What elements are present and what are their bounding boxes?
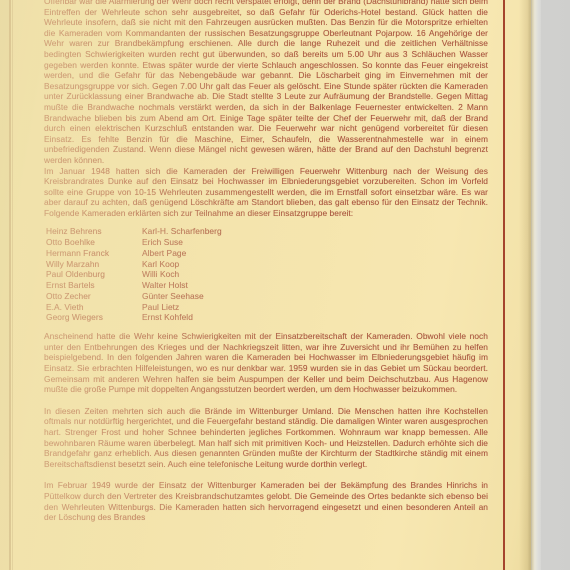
right-rule-line (503, 0, 505, 570)
roster-name: Willi Koch (142, 269, 488, 280)
roster-row: Willy Marzahn Karl Koop (46, 259, 488, 270)
roster-name: Karl-H. Scharfenberg (142, 226, 488, 237)
paragraph-january-1948: Im Januar 1948 hatten sich die Kameraden… (44, 166, 488, 219)
scanned-page: Offenbar war die Alarmierung der Wehr do… (0, 0, 570, 570)
roster-name: Hermann Franck (46, 248, 142, 259)
paragraph-winter-fires: In diesen Zeiten mehrten sich auch die B… (44, 406, 488, 470)
roster-name: Ernst Bartels (46, 280, 142, 291)
roster-row: Heinz Behrens Karl-H. Scharfenberg (46, 226, 488, 237)
paper-sheet: Offenbar war die Alarmierung der Wehr do… (0, 0, 531, 570)
roster-name: Heinz Behrens (46, 226, 142, 237)
page-edge-shadow (519, 0, 541, 570)
roster-name: Willy Marzahn (46, 259, 142, 270)
roster-name: Walter Holst (142, 280, 488, 291)
roster-row: Hermann Franck Albert Page (46, 248, 488, 259)
roster-row: Otto Zecher Günter Seehase (46, 291, 488, 302)
roster-name: Paul Lietz (142, 302, 488, 313)
roster-name: Otto Zecher (46, 291, 142, 302)
roster-name: Erich Suse (142, 237, 488, 248)
roster-row: E.A. Vieth Paul Lietz (46, 302, 488, 313)
left-rule-line (9, 0, 11, 570)
roster-row: Georg Wiegers Ernst Kohfeld (46, 312, 488, 323)
roster-name: Albert Page (142, 248, 488, 259)
roster-name: Otto Boehlke (46, 237, 142, 248)
roster-name: Georg Wiegers (46, 312, 142, 323)
gutter-shadow (0, 0, 9, 570)
roster-name: Günter Seehase (142, 291, 488, 302)
paragraph-february-1949: Im Februar 1949 wurde der Einsatz der Wi… (44, 480, 488, 522)
body-text: Offenbar war die Alarmierung der Wehr do… (44, 0, 488, 523)
paragraph-fire-report: Offenbar war die Alarmierung der Wehr do… (44, 0, 488, 166)
volunteer-roster: Heinz Behrens Karl-H. Scharfenberg Otto … (46, 226, 488, 323)
roster-name: E.A. Vieth (46, 302, 142, 313)
roster-name: Karl Koop (142, 259, 488, 270)
roster-row: Ernst Bartels Walter Holst (46, 280, 488, 291)
paragraph-flood-duty: Anscheinend hatte die Wehr keine Schwier… (44, 331, 488, 395)
roster-name: Ernst Kohfeld (142, 312, 488, 323)
roster-row: Otto Boehlke Erich Suse (46, 237, 488, 248)
roster-name: Paul Oldenburg (46, 269, 142, 280)
left-rule-line-inner (12, 0, 13, 570)
roster-row: Paul Oldenburg Willi Koch (46, 269, 488, 280)
